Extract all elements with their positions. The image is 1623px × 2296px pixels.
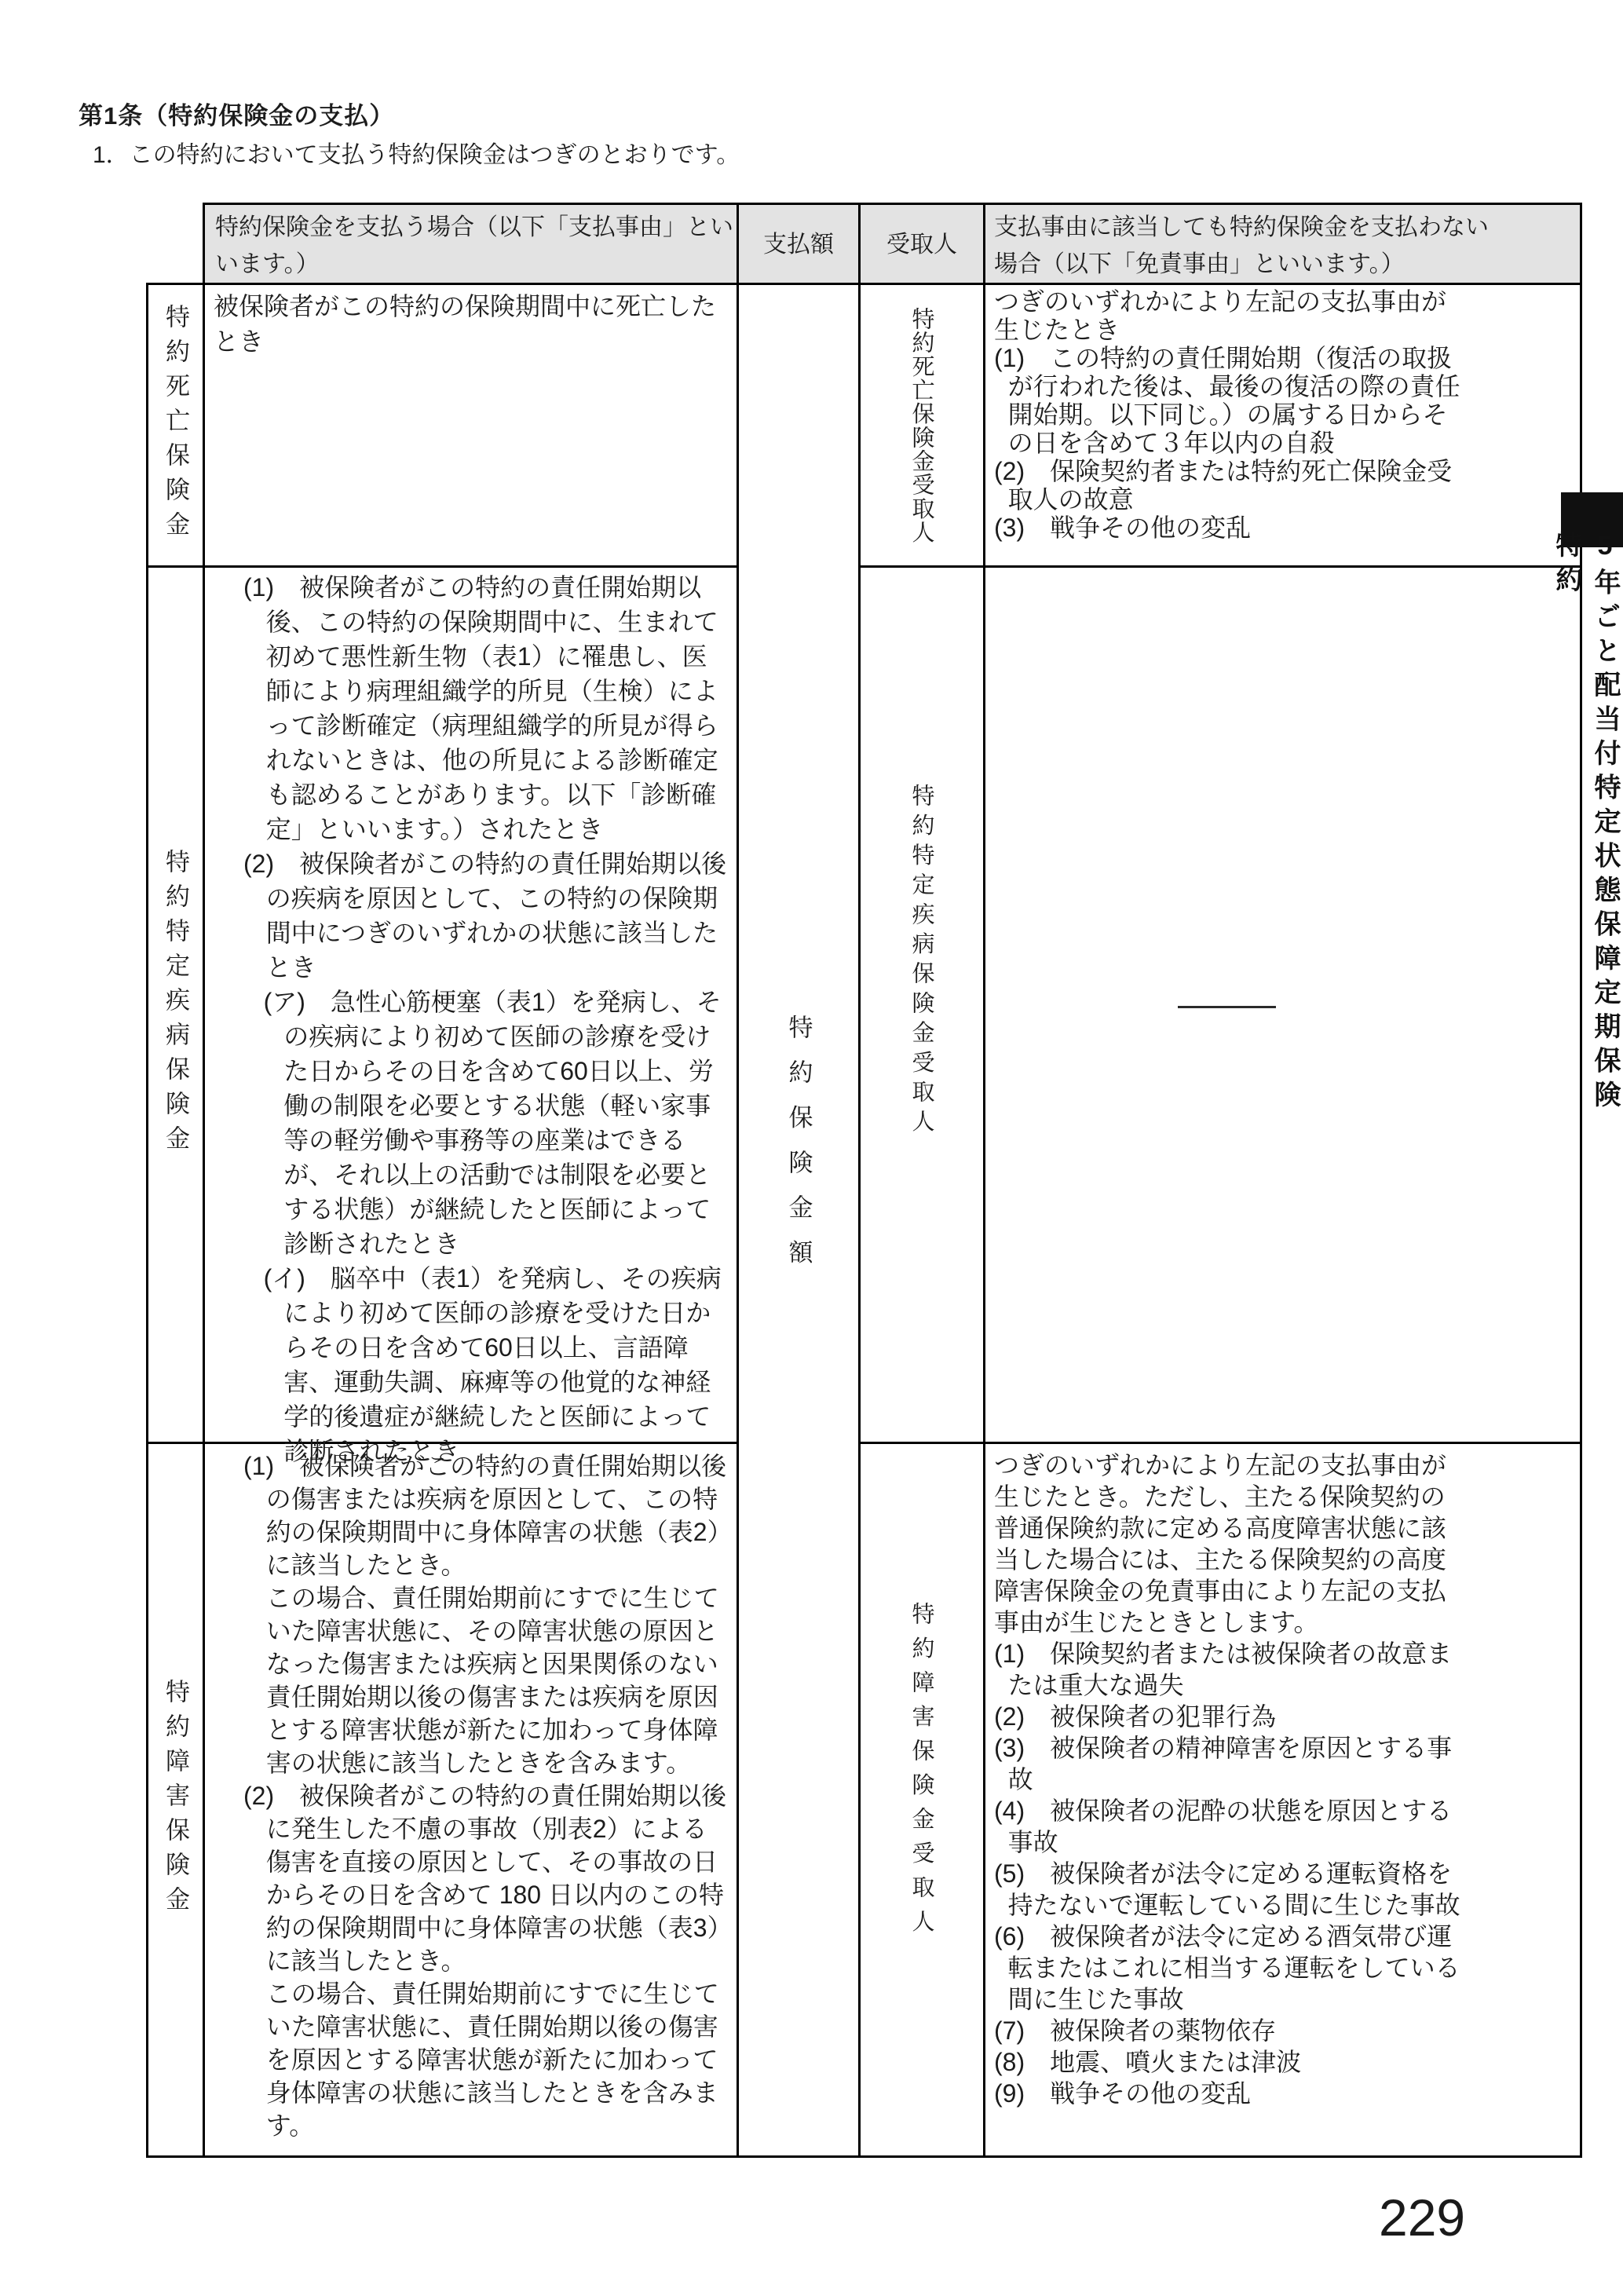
exemption-item: (8) 地震、噴火または津波 <box>994 2046 1465 2078</box>
exemption-item: (2) 保険契約者または特約死亡保険金受取人の故意 <box>994 457 1465 514</box>
exemption-item: (7) 被保険者の薬物依存 <box>994 2015 1465 2046</box>
exemption-item: (1) 保険契約者または被保険者の故意または重大な過失 <box>994 1638 1465 1701</box>
exemption-cell-death: つぎのいずれかにより左記の支払事由が生じたとき (1) この特約の責任開始期（復… <box>994 287 1465 542</box>
col-header-amount: 支払額 <box>737 226 861 263</box>
case-item: (1) 被保険者がこの特約の責任開始期以後、この特約の保険期間中に、生まれて初め… <box>243 570 730 846</box>
row-label-disability-benefit: 特約障害保険金 <box>148 1444 203 2155</box>
exemption-item: (1) この特約の責任開始期（復活の取扱が行われた後は、最後の復活の際の責任開始… <box>994 344 1465 457</box>
exemption-item: (3) 戦争その他の変乱 <box>994 514 1465 542</box>
exemption-lead: つぎのいずれかにより左記の支払事由が生じたとき <box>994 287 1465 344</box>
col-header-payment-case: 特約保険金を支払う場合（以下「支払事由」といいます。） <box>215 209 733 283</box>
case-cell-disability: (1) 被保険者がこの特約の責任開始期以後の傷害または疾病を原因として、この特約… <box>243 1450 730 2142</box>
case-item: (2) 被保険者がこの特約の責任開始期以後に発生した不慮の事故（別表2）による傷… <box>243 1779 730 1977</box>
exemption-item: (6) 被保険者が法令に定める酒気帯び運転またはこれに相当する運転をしている間に… <box>994 1921 1465 2015</box>
case-subitem: (イ) 脳卒中（表1）を発病し、その疾病により初めて医師の診療を受けた日からその… <box>243 1261 730 1468</box>
table-border <box>203 203 205 2158</box>
row-label-specified-disease-benefit: 特約特定疾病保険金 <box>148 568 203 1442</box>
beneficiary-cell-death: 特約死亡保険金受取人 <box>861 285 983 565</box>
exemption-none-dash <box>1178 1006 1276 1008</box>
exemption-item: (9) 戦争その他の変乱 <box>994 2078 1465 2109</box>
row-label-death-benefit: 特約死亡保険金 <box>148 285 203 565</box>
side-rider-title: 5年ごと配当付特定状態保障定期保険特約 <box>1559 531 1614 1128</box>
exemption-cell-disability: つぎのいずれかにより左記の支払事由が生じたとき。ただし、主たる保険契約の普通保険… <box>994 1450 1465 2109</box>
case-subitem: (ア) 急性心筋梗塞（表1）を発病し、その疾病により初めて医師の診療を受けた日か… <box>243 985 730 1261</box>
col-header-exemption: 支払事由に該当しても特約保険金を支払わない場合（以下「免責事由」といいます。） <box>994 209 1497 283</box>
exemption-item: (4) 被保険者の泥酔の状態を原因とする事故 <box>994 1795 1465 1858</box>
exemption-item: (5) 被保険者が法令に定める運転資格を持たないで運転している間に生じた事故 <box>994 1858 1465 1921</box>
document-page: 第1条（特約保険金の支払） 1．この特約において支払う特約保険金はつぎのとおりで… <box>0 0 1623 2296</box>
case-paragraph: 被保険者がこの特約の保険期間中に死亡したとき <box>214 289 724 360</box>
case-item: (1) 被保険者がこの特約の責任開始期以後の傷害または疾病を原因として、この特約… <box>243 1450 730 1581</box>
amount-cell: 特約保険金額 <box>739 285 858 2155</box>
case-cell-death: 被保険者がこの特約の保険期間中に死亡したとき <box>214 289 724 360</box>
exemption-lead: つぎのいずれかにより左記の支払事由が生じたとき。ただし、主たる保険契約の普通保険… <box>994 1450 1465 1638</box>
table-border <box>146 565 739 568</box>
article-heading: 第1条（特約保険金の支払） <box>79 96 394 131</box>
beneficiary-cell-specified-disease: 特約特定疾病保険金受取人 <box>861 568 983 1442</box>
case-cell-specified-disease: (1) 被保険者がこの特約の責任開始期以後、この特約の保険期間中に、生まれて初め… <box>243 570 730 1468</box>
beneficiary-cell-disability: 特約障害保険金受取人 <box>861 1444 983 2155</box>
col-header-beneficiary: 受取人 <box>858 226 985 263</box>
table-border <box>983 203 985 2158</box>
page-number: 229 <box>1379 2188 1465 2247</box>
table-border <box>203 203 1582 205</box>
exemption-item: (2) 被保険者の犯罪行為 <box>994 1701 1465 1732</box>
case-item: (2) 被保険者がこの特約の責任開始期以後の疾病を原因として、この特約の保険期間… <box>243 846 730 985</box>
intro-text: 1．この特約において支払う特約保険金はつぎのとおりです。 <box>93 135 740 170</box>
table-border <box>146 2155 1582 2158</box>
exemption-item: (3) 被保険者の精神障害を原因とする事故 <box>994 1732 1465 1795</box>
case-continuation: この場合、責任開始期前にすでに生じていた障害状態に、その障害状態の原因となった傷… <box>243 1581 730 1779</box>
case-continuation: この場合、責任開始期前にすでに生じていた障害状態に、責任開始期以後の傷害を原因と… <box>243 1977 730 2142</box>
